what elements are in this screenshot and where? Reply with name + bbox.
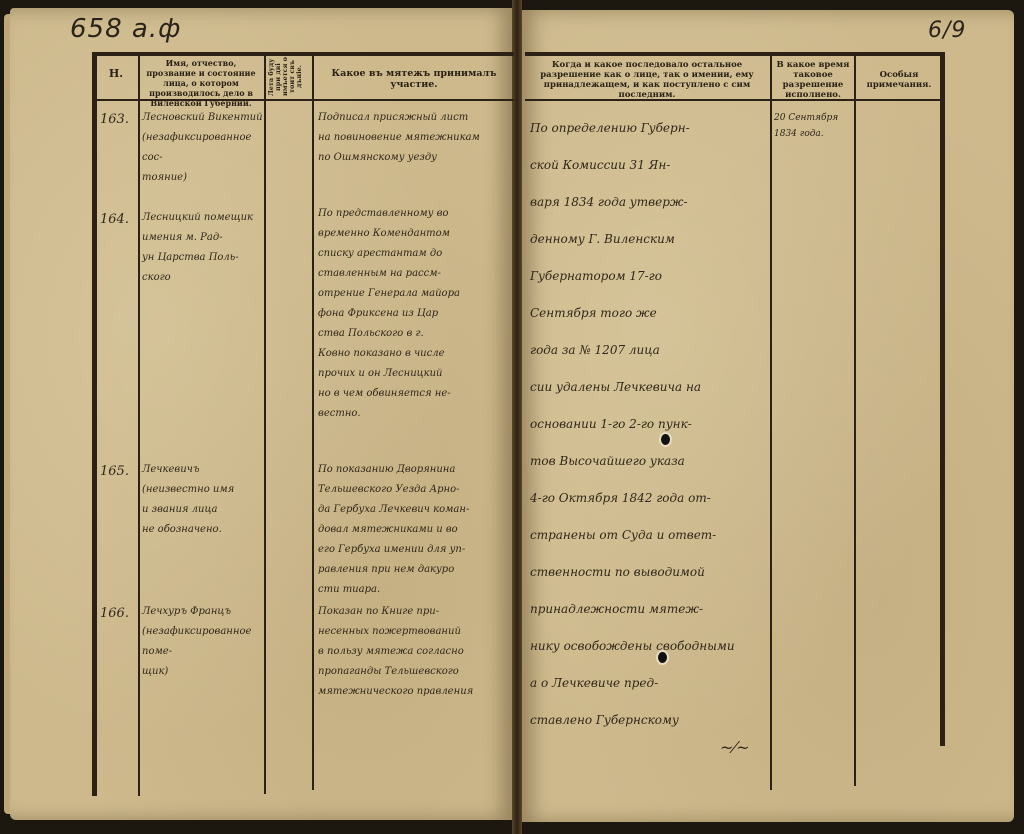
entry-number: 165. <box>100 464 129 479</box>
header-executed: В какое время таковое разрешение исполне… <box>772 60 854 100</box>
entry-name: Лечхуръ Францъ (незафиксированное поме- … <box>142 602 267 682</box>
entry-participation: По представленному во временно Комендант… <box>318 204 514 424</box>
entry-participation: По показанию Дворянина Тельшевского Уезд… <box>318 460 514 600</box>
col-rule-1 <box>138 54 140 796</box>
folio-number-left: 658 a.ф <box>70 14 181 44</box>
entry-name: Лесницкий помещик имения м. Рад- ун Царс… <box>142 208 267 288</box>
entry-number: 164. <box>100 212 129 227</box>
end-flourish-mark: ~⁄~ <box>720 738 749 757</box>
entry-number: 163. <box>100 112 129 127</box>
folio-number-right: 6/9 <box>928 18 966 43</box>
header-vertical-narrow: Лета буду при двi имъется о тоит свъ дън… <box>268 56 308 98</box>
right-border-rule <box>940 52 945 746</box>
col-rule-4 <box>770 54 772 790</box>
table-top-rule-right <box>525 52 943 56</box>
left-border-rule <box>92 52 97 796</box>
binding-hole <box>661 434 670 445</box>
entry-participation: Показан по Книге при- несенных пожертвов… <box>318 602 514 702</box>
entry-participation: Подписал присяжный лист на повиновение м… <box>318 108 514 168</box>
header-remarks: Особыя примечания. <box>858 70 940 90</box>
header-number: Н. <box>96 68 136 79</box>
entry-number: 166. <box>100 606 129 621</box>
entry-name: Лесновский Викентий (незафиксированное с… <box>142 108 267 188</box>
entry-name: Лечкевичъ (неизвестно имя и звания лица … <box>142 460 267 540</box>
col-rule-5 <box>854 54 856 786</box>
header-participation: Какое въ мятежъ принималъ участие. <box>316 68 512 90</box>
resolution-text: По определению Губерн- ской Комиссии 31 … <box>530 110 768 739</box>
header-resolution: Когда и какое последовало остальное разр… <box>526 60 768 100</box>
entry-executed: 20 Сентября 1834 года. <box>774 110 854 142</box>
binding-hole <box>658 652 667 663</box>
header-name: Имя, отчество, прозвание и состояние лиц… <box>140 58 262 108</box>
col-rule-3 <box>312 54 314 790</box>
